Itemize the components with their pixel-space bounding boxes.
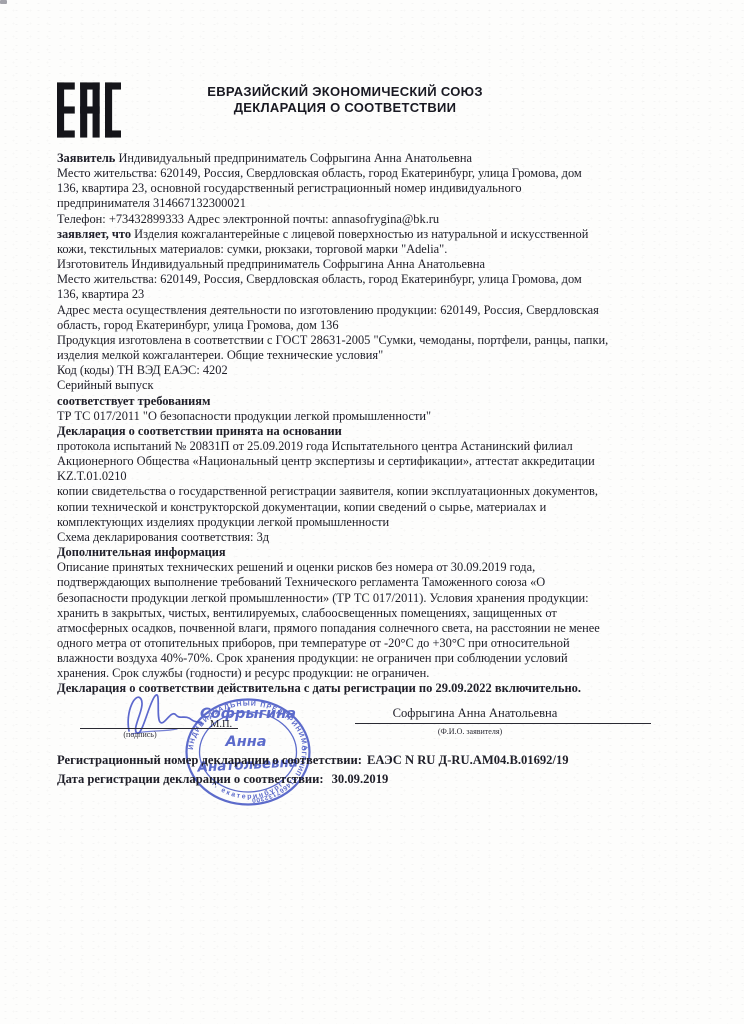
document-line: Телефон: +73432899333 Адрес электронной … [57,212,712,227]
document-line: область, город Екатеринбург, улица Громо… [57,318,712,333]
registration-date-line: Дата регистрации декларации о соответств… [57,772,388,787]
document-line: Дополнительная информация [57,545,712,560]
document-line: одного метра от отопительных приборов, п… [57,636,712,651]
document-line: безопасности продукции легкой промышленн… [57,591,712,606]
document-line: протокола испытаний № 20831П от 25.09.20… [57,439,712,454]
registration-number-label: Регистрационный номер декларации о соотв… [57,753,362,767]
signature-caption: (подпись) [100,730,180,739]
document-line: 136, квартира 23 [57,287,712,302]
document-line: KZ.T.01.0210 [57,469,712,484]
document-line: заявляет, что Изделия кожгалантерейные с… [57,227,712,242]
document-title: ЕВРАЗИЙСКИЙ ЭКОНОМИЧЕСКИЙ СОЮЗ ДЕКЛАРАЦИ… [100,84,590,115]
document-line: Заявитель Индивидуальный предприниматель… [57,151,712,166]
document-line: кожи, текстильных материалов: сумки, рюк… [57,242,712,257]
document-line: Описание принятых технических решений и … [57,560,712,575]
name-caption: (Ф.И.О. заявителя) [330,727,610,736]
stamp-name-line2: Анна [224,734,266,750]
document-line: хранить в закрытых, чистых, вентилируемы… [57,606,712,621]
registration-date-label: Дата регистрации декларации о соответств… [57,772,324,786]
document-line: Продукция изготовлена в соответствии с Г… [57,333,712,348]
document-line: Место жительства: 620149, Россия, Свердл… [57,166,712,181]
document-line: Декларация о соответствии принята на осн… [57,424,712,439]
title-union: ЕВРАЗИЙСКИЙ ЭКОНОМИЧЕСКИЙ СОЮЗ [100,84,590,100]
registration-number-line: Регистрационный номер декларации о соотв… [57,753,569,768]
document-line: соответствует требованиям [57,394,712,409]
document-line: Код (коды) ТН ВЭД ЕАЭС: 4202 [57,363,712,378]
document-line: предпринимателя 314667132300021 [57,196,712,211]
document-line: 136, квартира 23, основной государственн… [57,181,712,196]
declaration-body: Заявитель Индивидуальный предприниматель… [57,151,712,681]
document-line: влажности воздуха 40%-70%. Срок хранения… [57,651,712,666]
document-line: копии технической и конструкторской доку… [57,500,712,515]
document-line: Акционерного Общества «Национальный цент… [57,454,712,469]
stamp-place-label: М.П. [210,719,232,730]
document-line: Изготовитель Индивидуальный предпринимат… [57,257,712,272]
registration-number-value: ЕАЭС N RU Д-RU.АМ04.В.01692/19 [367,753,569,767]
name-line [355,723,651,724]
document-line: изделия мелкой кожгалантереи. Общие техн… [57,348,712,363]
scan-artifact [0,0,7,4]
document-line: Место жительства: 620149, Россия, Свердл… [57,272,712,287]
document-line: Серийный выпуск [57,378,712,393]
document-line: атмосферных осадков, почвенной влаги, пр… [57,621,712,636]
document-line: Схема декларирования соответствия: 3д [57,530,712,545]
declaration-document: ЕВРАЗИЙСКИЙ ЭКОНОМИЧЕСКИЙ СОЮЗ ДЕКЛАРАЦИ… [0,0,744,1024]
document-line: ТР ТС 017/2011 "О безопасности продукции… [57,409,712,424]
applicant-name: Софрыгина Анна Анатольевна [300,706,650,721]
document-line: копии свидетельства о государственной ре… [57,484,712,499]
document-line: Адрес места осуществления деятельности п… [57,303,712,318]
title-declaration: ДЕКЛАРАЦИЯ О СООТВЕТСТВИИ [100,100,590,116]
document-line: хранения. Срок службы (годности) и ресур… [57,666,712,681]
document-line: комплектующих изделиях продукции легкой … [57,515,712,530]
registration-date-value: 30.09.2019 [332,772,389,786]
document-line: подтверждающих выполнение требований Тех… [57,575,712,590]
